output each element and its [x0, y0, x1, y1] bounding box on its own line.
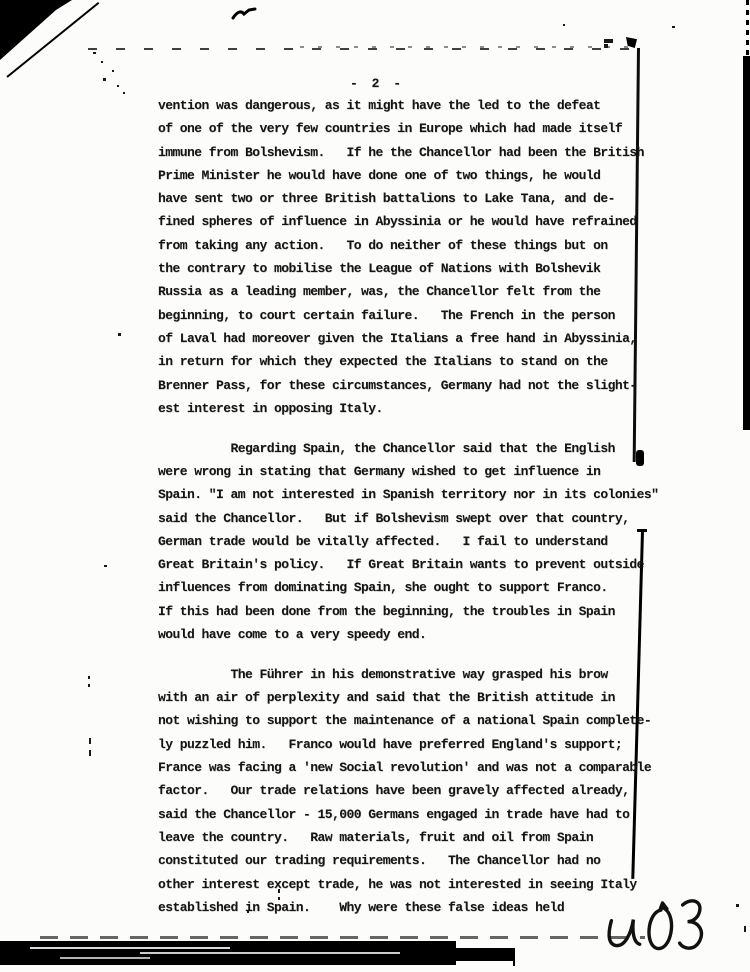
text-line: with an air of perplexity and said that …	[158, 686, 658, 709]
speck	[672, 26, 675, 28]
text-line: leave the country. Raw materials, fruit …	[158, 826, 658, 849]
text-line: were wrong in stating that Germany wishe…	[158, 460, 658, 483]
speck	[563, 24, 565, 26]
text-line: influences from dominating Spain, she ou…	[158, 576, 658, 599]
text-line: beginning, to court certain failure. The…	[158, 304, 658, 327]
text-line: immune from Bolshevism. If he the Chance…	[158, 141, 658, 164]
band-white-streak	[30, 947, 230, 949]
text-line: German trade would be vitally affected. …	[158, 530, 658, 553]
text-line: of one of the very few countries in Euro…	[158, 117, 658, 140]
text-line: The Führer in his demonstrative way gras…	[158, 663, 658, 686]
text-line: vention was dangerous, as it might have …	[158, 94, 658, 117]
smudge-dot	[103, 78, 106, 81]
paragraph: Regarding Spain, the Chancellor said tha…	[158, 437, 658, 647]
text-line: said the Chancellor. But if Bolshevism s…	[158, 507, 658, 530]
ink-mark	[604, 44, 608, 48]
speck	[736, 904, 739, 907]
text-line: est interest in opposing Italy.	[158, 397, 658, 420]
text-line: other interest except trade, he was not …	[158, 873, 658, 896]
speck	[118, 333, 121, 336]
band-white-streak	[140, 952, 400, 954]
right-edge-dotted-bar	[746, 0, 749, 60]
right-edge-bar	[743, 56, 750, 430]
ink-mark	[604, 39, 613, 43]
scanned-document-page: - 2 - vention was dangerous, as it might…	[0, 0, 750, 972]
document-text: vention was dangerous, as it might have …	[158, 94, 658, 919]
speck	[104, 565, 107, 567]
corner-fold-artifact	[0, 0, 80, 66]
text-line: the contrary to mobilise the League of N…	[158, 257, 658, 280]
bottom-dashed-line	[40, 936, 645, 939]
text-line: said the Chancellor - 15,000 Germans eng…	[158, 803, 658, 826]
text-line: Prime Minister he would have done one of…	[158, 164, 658, 187]
text-line: Great Britain's policy. If Great Britain…	[158, 553, 658, 576]
smudge-dot	[112, 70, 114, 72]
text-line: constituted our trading requirements. Th…	[158, 849, 658, 872]
text-line: not wishing to support the maintenance o…	[158, 709, 658, 732]
text-line: have sent two or three British battalion…	[158, 187, 658, 210]
text-line: of Laval had moreover given the Italians…	[158, 327, 658, 350]
text-line: If this had been done from the beginning…	[158, 600, 658, 623]
paragraph: vention was dangerous, as it might have …	[158, 94, 658, 420]
text-line: Brenner Pass, for these circumstances, G…	[158, 374, 658, 397]
text-line: France was facing a 'new Social revoluti…	[158, 756, 658, 779]
speck	[88, 684, 90, 687]
smudge-dot	[117, 85, 119, 87]
bottom-scan-band-tail	[452, 948, 514, 961]
paragraph: The Führer in his demonstrative way gras…	[158, 663, 658, 919]
squiggle-mark-artifact	[230, 6, 258, 22]
text-line: Regarding Spain, the Chancellor said tha…	[158, 437, 658, 460]
text-line: fined spheres of influence in Abyssinia …	[158, 210, 658, 233]
text-line: from taking any action. To do neither of…	[158, 234, 658, 257]
bottom-band-tick	[513, 948, 515, 966]
smudge-dot	[101, 61, 103, 63]
speck	[744, 926, 746, 932]
text-line: ly puzzled him. Franco would have prefer…	[158, 733, 658, 756]
text-line: established in Spain. Why were these fal…	[158, 896, 658, 919]
text-line: in return for which they expected the It…	[158, 350, 658, 373]
text-line: Spain. "I am not interested in Spanish t…	[158, 483, 658, 506]
speck	[89, 738, 91, 744]
speck	[88, 676, 90, 679]
bottom-scan-band	[0, 941, 456, 965]
band-white-streak	[60, 957, 150, 959]
scan-noise-dashes-2	[300, 46, 630, 48]
scan-noise-dashes	[88, 48, 643, 50]
smudge-dot	[93, 52, 96, 54]
handwritten-annotation	[596, 891, 730, 972]
text-line: Russia as a leading member, was, the Cha…	[158, 280, 658, 303]
text-line: would have come to a very speedy end.	[158, 623, 658, 646]
text-line: factor. Our trade relations have been gr…	[158, 779, 658, 802]
speck	[89, 750, 91, 756]
page-number: - 2 -	[350, 76, 404, 91]
smudge-dot	[123, 92, 125, 94]
